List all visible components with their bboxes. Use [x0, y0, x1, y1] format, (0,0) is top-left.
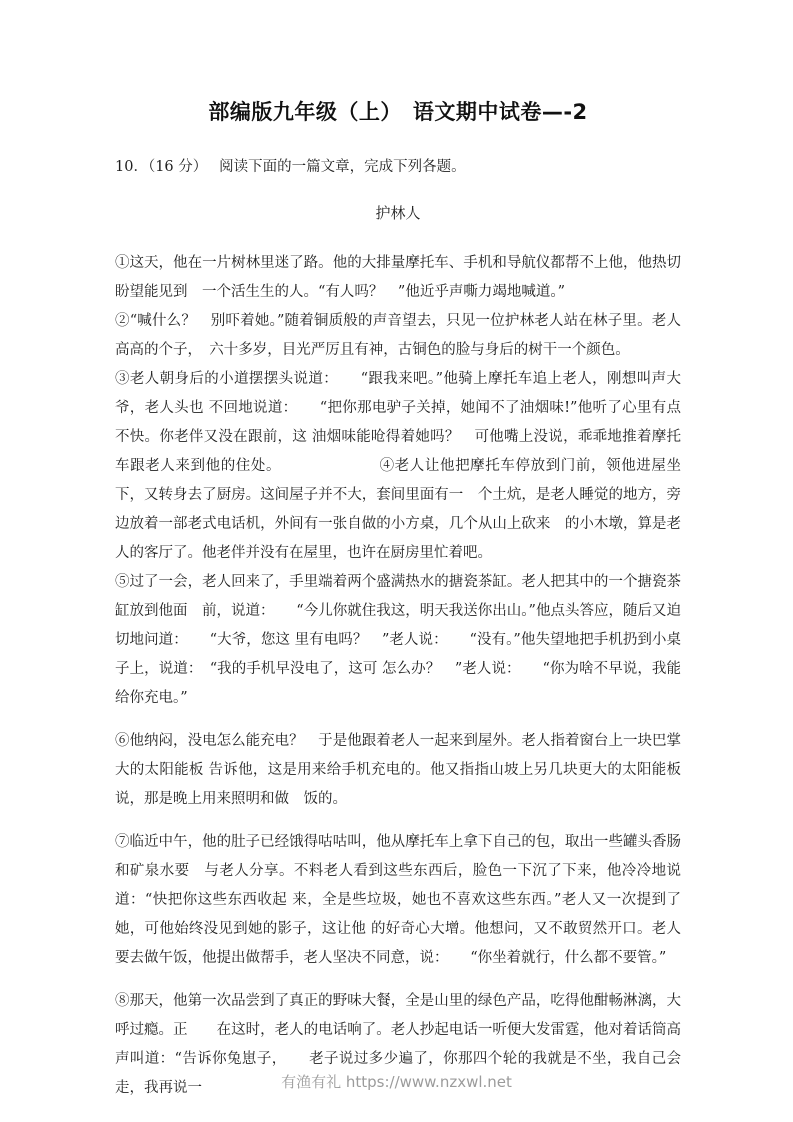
article-paragraph-4: ⑤过了一会，老人回来了，手里端着两个盛满热水的搪瓷茶缸。老人把其中的一个搪瓷茶缸… — [115, 568, 681, 713]
page-content: 部编版九年级（上） 语文期中试卷—-2 10．（16 分） 阅读下面的一篇文章，… — [0, 0, 793, 1103]
article-paragraph-2: ②“喊什么？ 别吓着她。”随着铜质般的声音望去，只见一位护林老人站在林子里。老人… — [115, 307, 681, 365]
watermark-footer: 有渔有礼 https://www.nzxwl.net — [0, 1071, 793, 1092]
exam-paper-page: 部编版九年级（上） 语文期中试卷—-2 10．（16 分） 阅读下面的一篇文章，… — [0, 0, 793, 1122]
article-paragraph-1: ①这天，他在一片树林里迷了路。他的大排量摩托车、手机和导航仪都帮不上他，他热切盼… — [115, 249, 681, 307]
page-title: 部编版九年级（上） 语文期中试卷—-2 — [115, 96, 681, 126]
question-header: 10．（16 分） 阅读下面的一篇文章，完成下列各题。 — [115, 156, 681, 178]
article: 护林人 ①这天，他在一片树林里迷了路。他的大排量摩托车、手机和导航仪都帮不上他，… — [115, 202, 681, 1103]
article-paragraph-6: ⑦临近中午，他的肚子已经饿得咕咕叫，他从摩托车上拿下自己的包，取出一些罐头香肠和… — [115, 828, 681, 973]
article-title: 护林人 — [115, 202, 681, 223]
article-paragraph-5: ⑥他纳闷，没电怎么能充电？ 于是他跟着老人一起来到屋外。老人指着窗台上一块巴掌大… — [115, 727, 681, 814]
article-paragraph-3: ③老人朝身后的小道摆摆头说道： “跟我来吧。”他骑上摩托车追上老人，刚想叫声大爷… — [115, 365, 681, 568]
